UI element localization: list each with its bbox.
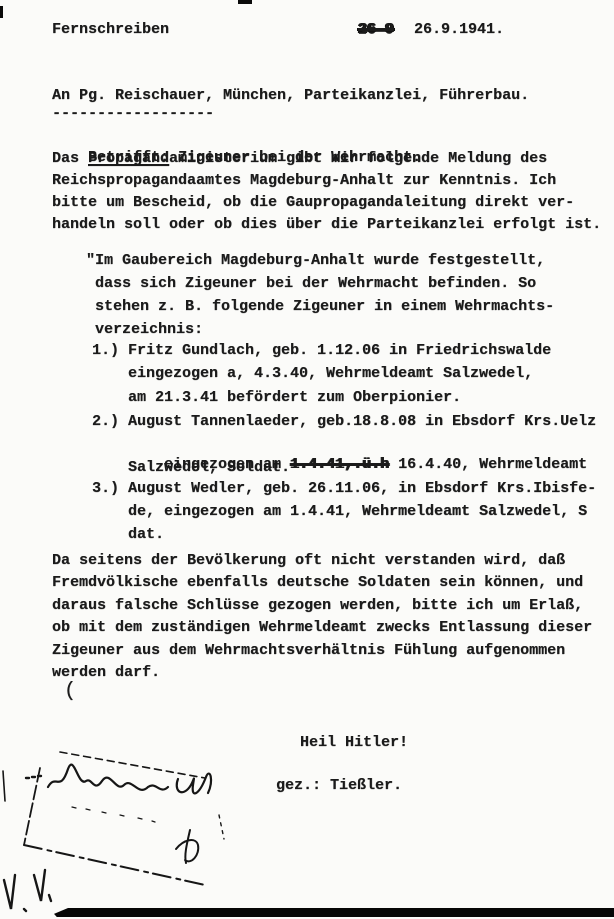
address-line: An Pg. Reischauer, München, Parteikanzle… — [52, 86, 529, 106]
scan-edge-bar — [54, 908, 614, 917]
date-struck-out: 26-9 — [358, 20, 394, 40]
handwritten-stamp-and-signature — [0, 735, 260, 919]
para1-line: handeln soll oder ob dies über die Parte… — [52, 215, 601, 235]
stamp-dotted-line — [72, 807, 155, 822]
stamp-box-left-edge — [24, 768, 40, 845]
list-item-2-line: 2.) August Tannenlaeder, geb.18.8.08 in … — [92, 412, 596, 432]
address-underline-dashes: ------------------ — [52, 104, 214, 124]
scan-speck-left — [0, 6, 3, 18]
scan-speck-top — [238, 0, 252, 4]
signature-flourish-h — [176, 830, 198, 863]
quote-line: stehen z. B. folgende Zigeuner in einem … — [95, 297, 554, 317]
list-item-3-line: 3.) August Wedler, geb. 26.11.06, in Ebs… — [92, 479, 596, 499]
para2-line: Da seitens der Bevölkerung oft nicht ver… — [52, 551, 565, 571]
para2-line: Fremdvölkische ebenfalls deutsche Soldat… — [52, 573, 583, 593]
para2-line: ob mit dem zuständigen Wehrmeldeamt zwec… — [52, 618, 592, 638]
para1-line: bitte um Bescheid, ob die Gaupropagandal… — [52, 193, 574, 213]
signature-typed: gez.: Tießler. — [276, 776, 402, 796]
doc-date: 26.9.1941. — [414, 20, 504, 40]
list-item-1-line: 1.) Fritz Gundlach, geb. 1.12.06 in Frie… — [92, 341, 551, 361]
quote-line: dass sich Zigeuner bei der Wehrmacht bef… — [95, 274, 536, 294]
stamp-box-top-edge — [60, 752, 205, 778]
list-item-3-line: de, eingezogen am 1.4.41, Wehrmeldeamt S… — [128, 502, 587, 522]
quote-line: verzeichnis: — [95, 320, 203, 340]
handwritten-paren-mark: ( — [64, 682, 76, 702]
doc-type-label: Fernschreiben — [52, 20, 169, 40]
para2-line: daraus falsche Schlüsse gezogen werden, … — [52, 596, 583, 616]
para1-line: Das Propagandaministerium gibt mir folge… — [52, 149, 547, 169]
handwritten-initials — [4, 870, 51, 911]
margin-stroke — [3, 771, 5, 801]
item2-post-text: 16.4.40, Wehrmeldeamt — [389, 456, 587, 473]
closing-salute: Heil Hitler! — [300, 733, 408, 753]
stamp-box-bottom-edge — [24, 845, 205, 885]
telegram-document: Fernschreiben 26-9 26.9.1941. An Pg. Rei… — [0, 0, 614, 919]
list-item-1-line: eingezogen a, 4.3.40, Wehrmeldeamt Salzw… — [128, 364, 533, 384]
item2-struck-date: 1.4.41,.ü.h — [290, 456, 389, 473]
list-item-3-line: dat. — [128, 525, 164, 545]
list-item-2-line: Salzwedel, Soldat. — [128, 458, 290, 478]
stamp-box-right-edge — [219, 815, 224, 839]
quote-line: "Im Gaubereich Magdeburg-Anhalt wurde fe… — [86, 251, 545, 271]
para2-line: Zigeuner aus dem Wehrmachtsverhältnis Fü… — [52, 641, 565, 661]
para1-line: Reichspropagandaamtes Magdeburg-Anhalt z… — [52, 171, 556, 191]
list-item-1-line: am 21.3.41 befördert zum Oberpionier. — [128, 388, 461, 408]
